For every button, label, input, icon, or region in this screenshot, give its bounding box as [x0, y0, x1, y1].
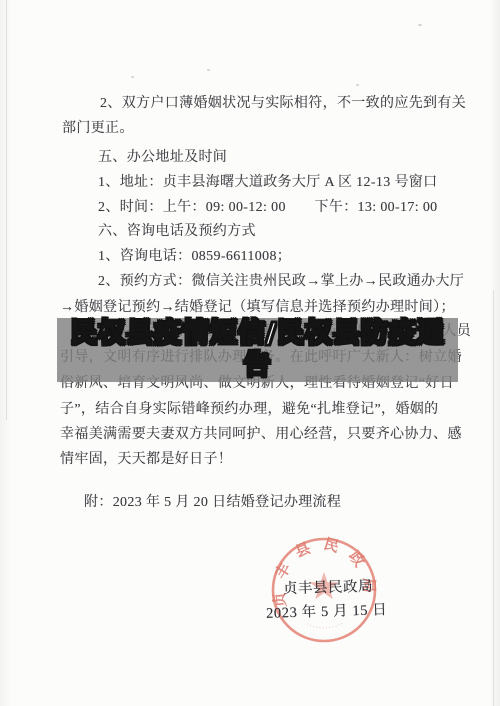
- scanned-document: 2、双方户口薄婚姻状况与实际相符，不一致的应先到有关 部门更正。 五、办公地址及…: [0, 0, 500, 706]
- paper-edge-left: [6, 0, 7, 420]
- headline-banner: 民权县疫情短信/民权县防疫通告: [57, 318, 458, 382]
- scan-speck: [207, 69, 210, 71]
- scan-speck: [418, 24, 422, 26]
- doc-line: 幸福美满需要夫妻双方共同呵护、用心经营，只要齐心协力、感: [60, 423, 462, 443]
- scan-speck: [131, 76, 134, 78]
- doc-line: 2、时间：上午：09: 00-12: 00 下午：13: 00-17: 00: [98, 196, 438, 216]
- doc-line: 2、预约方式：微信关注贵州民政→掌上办→民政通办大厅: [98, 270, 464, 290]
- doc-line: 1、地址：贞丰县海曙大道政务大厅 A 区 12-13 号窗口: [98, 171, 438, 191]
- doc-line: 1、咨询电话：0859-6611008；: [98, 245, 291, 265]
- doc-line: 情牢固，天天都是好日子！: [60, 448, 232, 468]
- signature-agency: 贞丰县民政局: [283, 575, 374, 599]
- doc-line: 六、咨询电话及预约方式: [98, 220, 256, 240]
- doc-line: →婚姻登记预约→结婚登记（填写信息并选择预约办理时间）；: [60, 296, 455, 316]
- doc-line: 五、办公地址及时间: [98, 146, 227, 166]
- doc-line: 子”，结合自身实际错峰预约办理，避免“扎堆登记”，婚姻的: [60, 398, 438, 418]
- signature-date: 2023 年 5 月 15 日: [266, 598, 388, 623]
- scan-speck: [356, 84, 359, 86]
- headline-text: 民权县疫情短信/民权县防疫通告: [57, 318, 458, 382]
- doc-line: 部门更正。: [62, 117, 134, 137]
- doc-line-attachment: 附：2023 年 5 月 20 日结婚登记办理流程: [84, 491, 341, 511]
- paper-edge-right: [493, 290, 494, 706]
- doc-line: 2、双方户口薄婚姻状况与实际相符，不一致的应先到有关: [100, 92, 466, 112]
